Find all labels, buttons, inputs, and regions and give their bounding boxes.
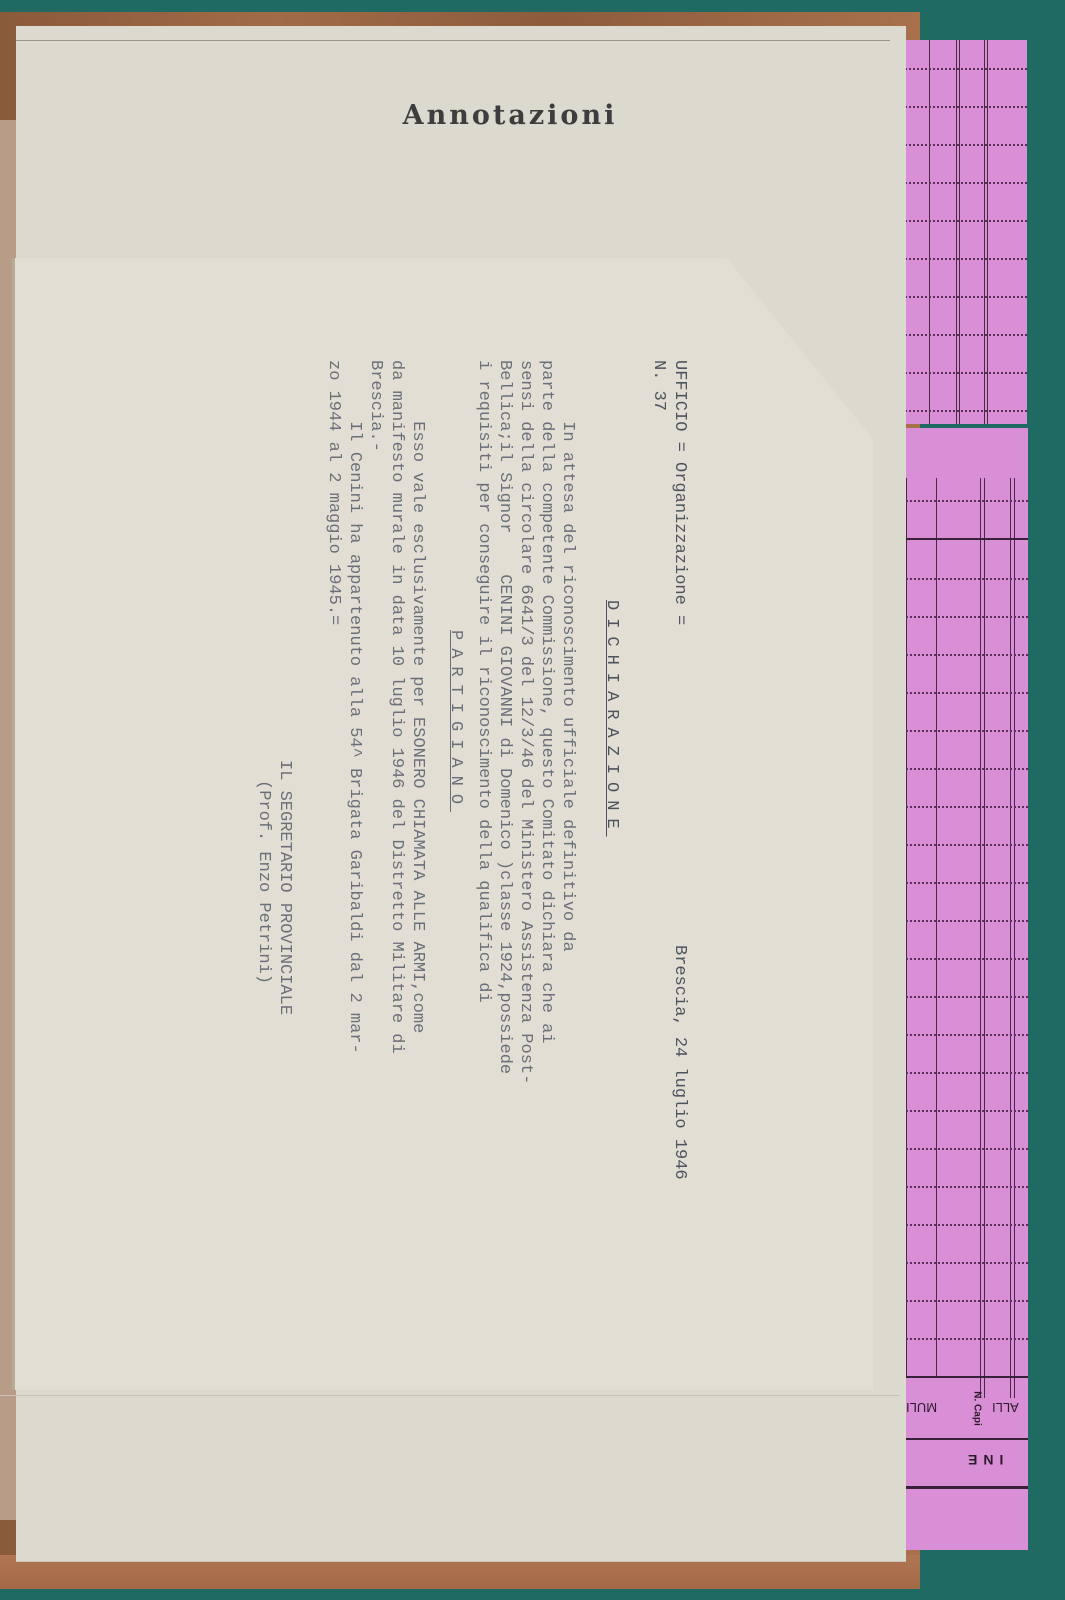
document-title: DICHIARAZIONE bbox=[601, 600, 622, 837]
paragraph-3-line-2: zo 1944 al 2 maggio 1945.= bbox=[323, 360, 344, 625]
card-label-alli: ALLI bbox=[992, 1400, 1019, 1415]
annotations-heading: Annotazioni bbox=[320, 100, 700, 131]
paragraph-3-line-1: Il Cenini ha appartenuto alla 54^ Brigat… bbox=[344, 360, 365, 1054]
paragraph-1-line-1: In attesa del riconoscimento ufficiale d… bbox=[557, 360, 578, 952]
paragraph-2-line-2: da manifesto murale in data 10 luglio 19… bbox=[386, 360, 407, 1054]
place-date: Brescia, 24 luglio 1946 bbox=[669, 945, 690, 1180]
signature-title: IL SEGRETARIO PROVINCIALE bbox=[274, 760, 295, 1015]
card-label-ine: INE bbox=[962, 1452, 1003, 1468]
card-label-muli: MULI bbox=[906, 1400, 937, 1415]
card-label-n-capi: N. Capi bbox=[972, 1391, 983, 1425]
paragraph-2-line-1: Esso vale esclusivamente per ESONERO CHI… bbox=[407, 360, 428, 1033]
paragraph-1-line-3: sensi della circolare 6641/3 del 12/3/46… bbox=[515, 360, 536, 1084]
protocol-number: N. 37 bbox=[648, 360, 669, 411]
paragraph-1-line-5: i requisiti per conseguire il riconoscim… bbox=[473, 360, 494, 1003]
paragraph-2-line-3: Brescia.- bbox=[365, 360, 386, 452]
letter-text-block: UFFICIO = Organizzazione = N. 37 Brescia… bbox=[230, 360, 690, 1340]
qualification: PARTIGIANO bbox=[445, 630, 466, 812]
office-line: UFFICIO = Organizzazione = bbox=[669, 360, 690, 625]
folder-crease bbox=[0, 1395, 900, 1396]
paragraph-1-line-2: parte della competente Commissione, ques… bbox=[536, 360, 557, 1044]
paragraph-1-line-4: Bellica;il Signor CENINI GIOVANNI di Dom… bbox=[494, 360, 515, 1074]
pink-register-card-bottom: MULI N. Capi ALLI INE bbox=[898, 428, 1028, 1550]
signature-name: (Prof. Enzo Petrini) bbox=[253, 780, 274, 984]
folder-edge-line bbox=[16, 40, 890, 41]
